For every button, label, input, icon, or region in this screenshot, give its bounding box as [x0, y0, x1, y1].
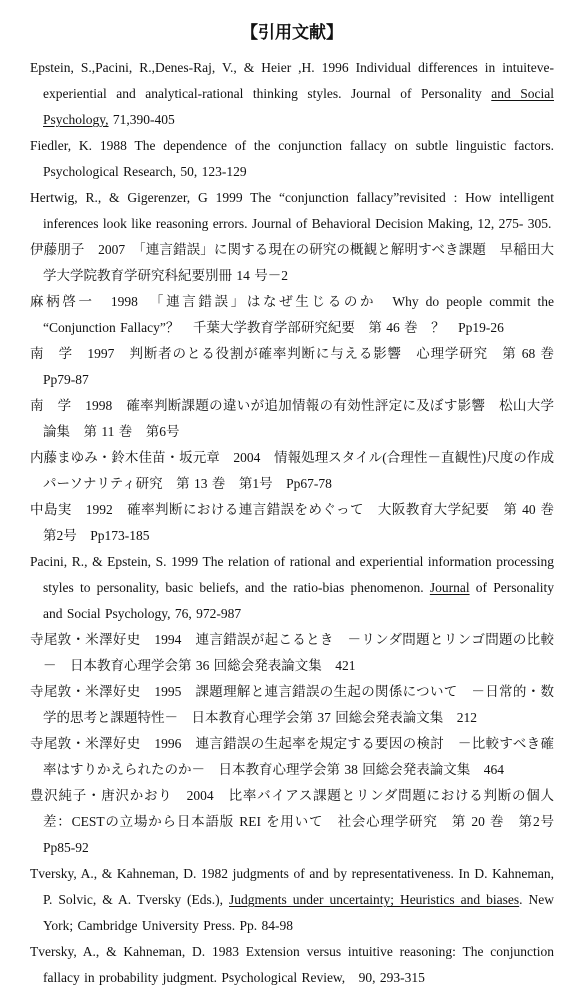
document-page: 【引用文献】 Epstein, S.,Pacini, R.,Denes-Raj,…: [0, 0, 582, 988]
reference-entry: Pacini, R., & Epstein, S. 1999 The relat…: [30, 549, 554, 627]
reference-text: 寺尾敦・米澤好史 1996 連言錯誤の生起率を規定する要因の検討 －比較すべき確…: [30, 736, 554, 777]
reference-text: 南 学 1998 確率判断課題の違いが追加情報の有効性評定に及ぼす影響 松山大学…: [30, 398, 554, 439]
reference-text: Tversky, A., & Kahneman, D. 1983 Extensi…: [30, 944, 554, 985]
reference-entry: Epstein, S.,Pacini, R.,Denes-Raj, V., & …: [30, 55, 554, 133]
reference-underlined-text: Judgments under uncertainty; Heuristics …: [229, 892, 519, 907]
reference-text: 豊沢純子・唐沢かおり 2004 比率バイアス課題とリンダ問題における判断の個人差…: [30, 788, 568, 855]
reference-list: Epstein, S.,Pacini, R.,Denes-Raj, V., & …: [30, 55, 554, 988]
reference-text: 寺尾敦・米澤好史 1994 連言錯誤が起こるとき －リンダ問題とリンゴ問題の比較…: [30, 632, 554, 673]
reference-text: 南 学 1997 判断者のとる役割が確率判断に与える影響 心理学研究 第 68 …: [30, 346, 568, 387]
reference-text: 71,390-405: [109, 112, 175, 127]
reference-entry: 南 学 1998 確率判断課題の違いが追加情報の有効性評定に及ぼす影響 松山大学…: [30, 393, 554, 445]
reference-entry: 寺尾敦・米澤好史 1995 課題理解と連言錯誤の生起の関係について －日常的・数…: [30, 679, 554, 731]
reference-text: Hertwig, R., & Gigerenzer, G 1999 The “c…: [30, 190, 554, 231]
reference-entry: 中島実 1992 確率判断における連言錯誤をめぐって 大阪教育大学紀要 第 40…: [30, 497, 554, 549]
reference-entry: 麻柄啓一 1998 「連言錯誤」はなぜ生じるのか Why do people c…: [30, 289, 554, 341]
reference-entry: 内藤まゆみ・鈴木佳苗・坂元章 2004 情報処理スタイル(合理性－直観性)尺度の…: [30, 445, 554, 497]
reference-entry: Fiedler, K. 1988 The dependence of the c…: [30, 133, 554, 185]
reference-entry: 伊藤朋子 2007 「連言錯誤」に関する現在の研究の概観と解明すべき課題 早稲田…: [30, 237, 554, 289]
reference-entry: 南 学 1997 判断者のとる役割が確率判断に与える影響 心理学研究 第 68 …: [30, 341, 554, 393]
reference-text: 伊藤朋子 2007 「連言錯誤」に関する現在の研究の概観と解明すべき課題 早稲田…: [30, 242, 554, 283]
reference-text: 内藤まゆみ・鈴木佳苗・坂元章 2004 情報処理スタイル(合理性－直観性)尺度の…: [30, 450, 568, 491]
reference-entry: 寺尾敦・米澤好史 1994 連言錯誤が起こるとき －リンダ問題とリンゴ問題の比較…: [30, 627, 554, 679]
reference-underlined-text: Journal: [430, 580, 470, 595]
reference-entry: 寺尾敦・米澤好史 1996 連言錯誤の生起率を規定する要因の検討 －比較すべき確…: [30, 731, 554, 783]
reference-text: Epstein, S.,Pacini, R.,Denes-Raj, V., & …: [30, 60, 554, 101]
reference-text: 寺尾敦・米澤好史 1995 課題理解と連言錯誤の生起の関係について －日常的・数…: [30, 684, 554, 725]
reference-text: 中島実 1992 確率判断における連言錯誤をめぐって 大阪教育大学紀要 第 40…: [30, 502, 568, 543]
reference-entry: Tversky, A., & Kahneman, D. 1983 Extensi…: [30, 939, 554, 988]
reference-text: 麻柄啓一 1998 「連言錯誤」はなぜ生じるのか Why do people c…: [30, 294, 554, 335]
reference-entry: 豊沢純子・唐沢かおり 2004 比率バイアス課題とリンダ問題における判断の個人差…: [30, 783, 554, 861]
page-title: 【引用文献】: [30, 18, 554, 43]
reference-text: Fiedler, K. 1988 The dependence of the c…: [30, 138, 554, 179]
reference-entry: Tversky, A., & Kahneman, D. 1982 judgmen…: [30, 861, 554, 939]
reference-entry: Hertwig, R., & Gigerenzer, G 1999 The “c…: [30, 185, 554, 237]
